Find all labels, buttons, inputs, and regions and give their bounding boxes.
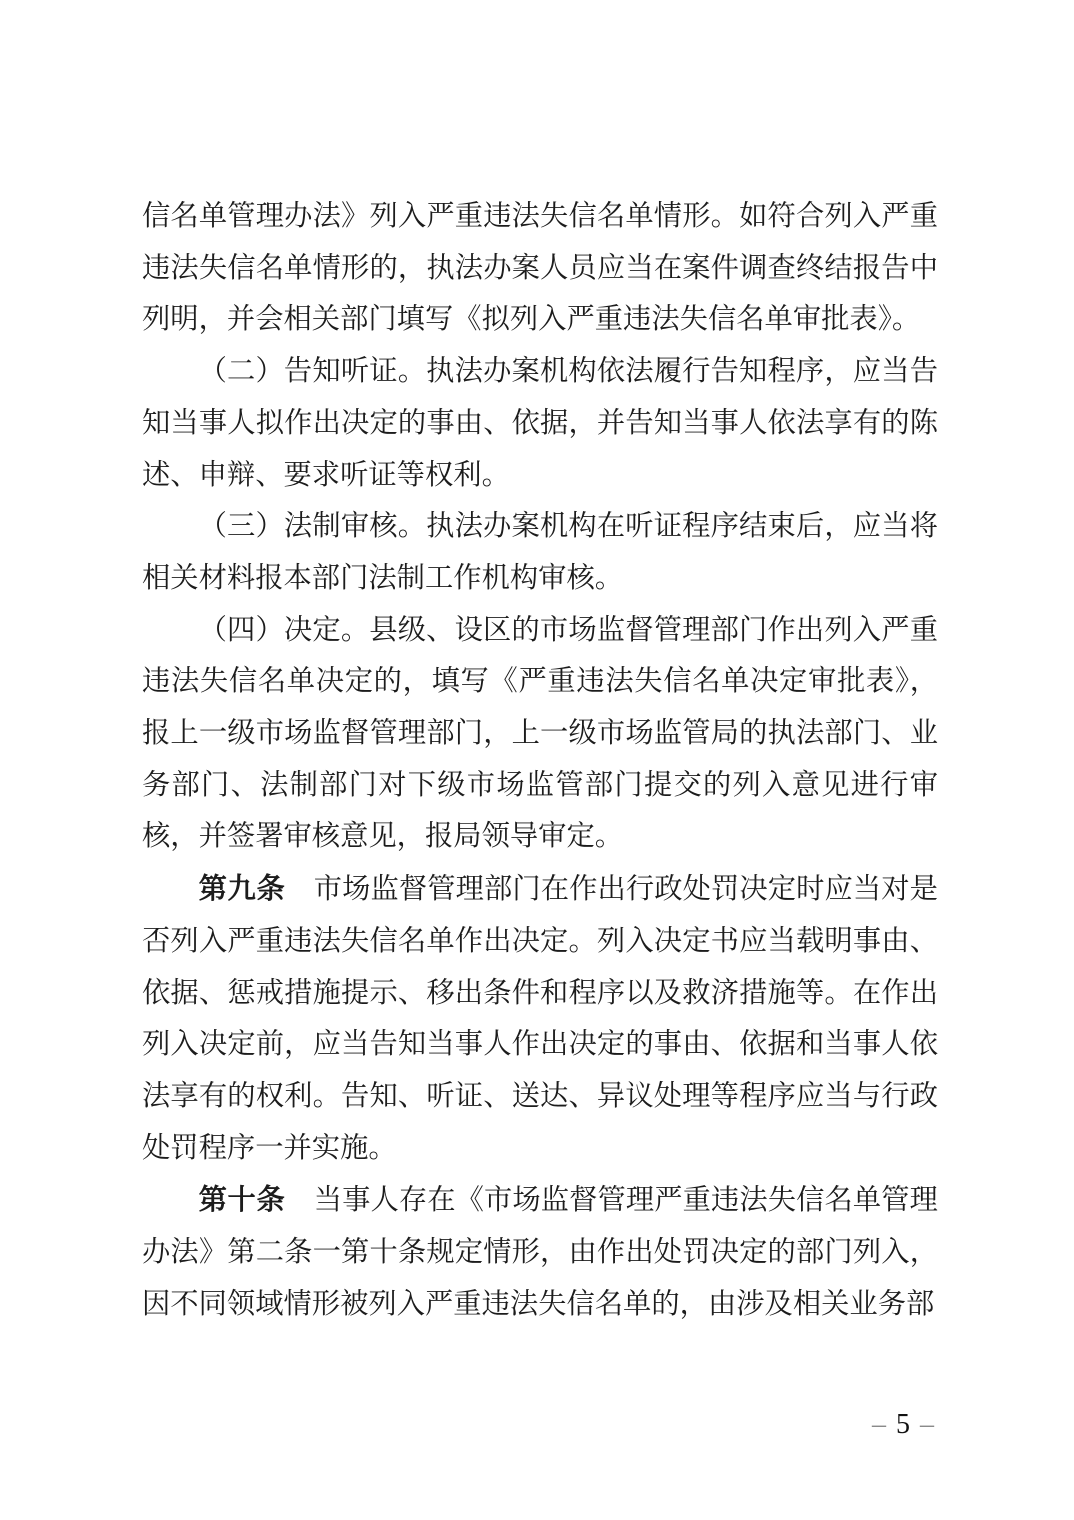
page-number-value: 5 (896, 1409, 910, 1440)
paragraph-text: 市场监督管理部门在作出行政处罚决定时应当对是否列入严重违法失信名单作出决定。列入… (142, 874, 938, 1164)
paragraph-article-9: 第九条 市场监督管理部门在作出行政处罚决定时应当对是否列入严重违法失信名单作出决… (142, 863, 938, 1174)
paragraph-text: 信名单管理办法》列入严重违法失信名单情形。如符合列入严重违法失信名单情形的，执法… (142, 201, 938, 335)
page-number: –5– (872, 1405, 934, 1445)
paragraph-item-3: （三）法制审核。执法办案机构在听证程序结束后，应当将相关材料报本部门法制工作机构… (142, 501, 938, 604)
paragraph-item-4: （四）决定。县级、设区的市场监督管理部门作出列入严重违法失信名单决定的，填写《严… (142, 605, 938, 864)
page-number-dash-left: – (872, 1409, 886, 1440)
article-number-label: 第九条 (199, 872, 286, 904)
paragraph-text: （三）法制审核。执法办案机构在听证程序结束后，应当将相关材料报本部门法制工作机构… (142, 511, 938, 594)
document-page: 信名单管理办法》列入严重违法失信名单情形。如符合列入严重违法失信名单情形的，执法… (0, 0, 1074, 1520)
paragraph-text: （四）决定。县级、设区的市场监督管理部门作出列入严重违法失信名单决定的，填写《严… (142, 615, 938, 853)
paragraph-text: （二）告知听证。执法办案机构依法履行告知程序，应当告知当事人拟作出决定的事由、依… (142, 356, 938, 490)
article-number-label: 第十条 (199, 1183, 286, 1215)
paragraph-continuation: 信名单管理办法》列入严重违法失信名单情形。如符合列入严重违法失信名单情形的，执法… (142, 191, 938, 346)
document-body: 信名单管理办法》列入严重违法失信名单情形。如符合列入严重违法失信名单情形的，执法… (142, 191, 938, 1330)
paragraph-item-2: （二）告知听证。执法办案机构依法履行告知程序，应当告知当事人拟作出决定的事由、依… (142, 346, 938, 501)
page-number-dash-right: – (920, 1409, 934, 1440)
paragraph-article-10: 第十条 当事人存在《市场监督管理严重违法失信名单管理办法》第二条一第十条规定情形… (142, 1174, 938, 1330)
